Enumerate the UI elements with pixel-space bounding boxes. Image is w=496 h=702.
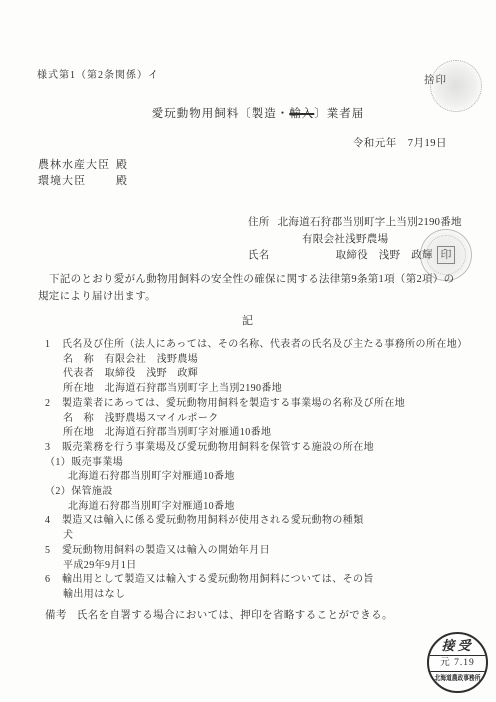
remarks-label: 備考 bbox=[45, 610, 67, 621]
item-text: 輸出用として製造又は輸入する愛玩動物用飼料については、その旨 bbox=[62, 574, 374, 585]
addressee-line: 環境大臣殿 bbox=[38, 173, 128, 189]
scanned-document-page: 様式第1（第2条関係）イ 捨印 愛玩動物用飼料〔製造・輸入〕業者届 令和元年 7… bbox=[0, 0, 496, 702]
receipt-stamp-date: 元 7.19 bbox=[429, 656, 486, 672]
item-text: 氏名及び住所（法人にあっては、その名称、代表者の氏名及び主たる事務所の所在地） bbox=[62, 339, 468, 350]
remarks-text: 氏名を自署する場合においては、押印を省略することができる。 bbox=[77, 610, 393, 621]
body-line: 規定により届け出ます。 bbox=[38, 288, 488, 305]
item-sub-line: 所在地 北海道石狩郡当別町字対雁通10番地 bbox=[38, 426, 488, 441]
item-sub-line: 代表者 取締役 浅野 政輝 bbox=[38, 367, 488, 382]
submitter-name: 取締役 浅野 政輝 bbox=[336, 250, 433, 261]
form-code: 様式第1（第2条関係）イ bbox=[37, 66, 159, 81]
document-date: 令和元年 7月19日 bbox=[353, 135, 447, 150]
discard-seal-label: 捨印 bbox=[424, 72, 447, 87]
item-sub-line: 輸出用はなし bbox=[38, 588, 488, 603]
item-number: 3 bbox=[45, 441, 62, 456]
item-text: 販売業務を行う事業場及び愛玩動物用飼料を保管する施設の所在地 bbox=[62, 442, 374, 453]
item-heading: 1氏名及び住所（法人にあっては、その名称、代表者の氏名及び主たる事務所の所在地） bbox=[38, 338, 488, 353]
item-sub-line: 平成29年9月1日 bbox=[38, 559, 488, 574]
item-number: 2 bbox=[45, 397, 62, 412]
items-list: 1氏名及び住所（法人にあっては、その名称、代表者の氏名及び主たる事務所の所在地）… bbox=[38, 338, 488, 603]
name-label: 氏名 bbox=[248, 250, 270, 261]
title-struck-word: 輸入 bbox=[289, 108, 314, 120]
submitter-address-line: 住所北海道石狩郡当別町字上当別2190番地 bbox=[248, 215, 462, 232]
item-sub-line: 名 称 浅野農場スマイルポーク bbox=[38, 412, 488, 427]
addressee-line: 農林水産大臣殿 bbox=[38, 157, 128, 173]
item-heading: 3販売業務を行う事業場及び愛玩動物用飼料を保管する施設の所在地 bbox=[38, 441, 488, 456]
seal-character: 印 bbox=[437, 246, 455, 264]
receipt-stamp-office: 北海道農政事務所 bbox=[434, 672, 481, 690]
addressee-honorific: 殿 bbox=[116, 175, 128, 187]
item-sub-line: 所在地 北海道石狩郡当別町字上当別2190番地 bbox=[38, 382, 488, 397]
item-heading: 2製造業者にあっては、愛玩動物用飼料を製造する事業場の名称及び所在地 bbox=[38, 397, 488, 412]
item-number: 1 bbox=[45, 338, 62, 353]
addressee-name: 農林水産大臣 bbox=[38, 157, 116, 173]
addressees: 農林水産大臣殿 環境大臣殿 bbox=[38, 157, 128, 189]
remarks-line: 備考氏名を自署する場合においては、押印を省略することができる。 bbox=[38, 607, 393, 622]
document-title: 愛玩動物用飼料〔製造・輸入〕業者届 bbox=[0, 105, 496, 121]
item-heading: 4製造又は輸入に係る愛玩動物用飼料が使用される愛玩動物の種類 bbox=[38, 514, 488, 529]
record-heading: 記 bbox=[0, 312, 496, 328]
item-heading: 5愛玩動物用飼料の製造又は輸入の開始年月日 bbox=[38, 544, 488, 559]
item-text: 製造業者にあっては、愛玩動物用飼料を製造する事業場の名称及び所在地 bbox=[62, 398, 405, 409]
addressee-name: 環境大臣 bbox=[38, 173, 116, 189]
body-paragraph: 下記のとおり愛がん動物用飼料の安全性の確保に関する法律第9条第1項（第2項）の … bbox=[38, 271, 488, 305]
body-line: 下記のとおり愛がん動物用飼料の安全性の確保に関する法律第9条第1項（第2項）の bbox=[38, 271, 488, 288]
receipt-date-stamp: 接受 元 7.19 北海道農政事務所 bbox=[427, 632, 488, 693]
title-prefix: 愛玩動物用飼料〔製造・ bbox=[152, 108, 290, 120]
item-sub-line: 犬 bbox=[38, 529, 488, 544]
item-heading: 6輸出用として製造又は輸入する愛玩動物用飼料については、その旨 bbox=[38, 573, 488, 588]
item-paren-label: （2）保管施設 bbox=[38, 485, 488, 500]
item-paren-label: （1）販売事業場 bbox=[38, 456, 488, 471]
addressee-honorific: 殿 bbox=[116, 159, 128, 171]
item-number: 4 bbox=[45, 514, 62, 529]
item-text: 製造又は輸入に係る愛玩動物用飼料が使用される愛玩動物の種類 bbox=[62, 515, 364, 526]
title-suffix: 〕業者届 bbox=[314, 108, 364, 120]
submitter-address: 北海道石狩郡当別町字上当別2190番地 bbox=[278, 217, 462, 228]
item-sub-line: 名 称 有限会社 浅野農場 bbox=[38, 353, 488, 368]
address-label: 住所 bbox=[248, 217, 270, 228]
item-paren-value: 北海道石狩郡当別町字対雁通10番地 bbox=[38, 500, 488, 515]
item-number: 6 bbox=[45, 573, 62, 588]
receipt-stamp-title: 接受 bbox=[429, 634, 486, 656]
item-paren-value: 北海道石狩郡当別町字対雁通10番地 bbox=[38, 470, 488, 485]
item-text: 愛玩動物用飼料の製造又は輸入の開始年月日 bbox=[62, 545, 270, 556]
item-number: 5 bbox=[45, 544, 62, 559]
